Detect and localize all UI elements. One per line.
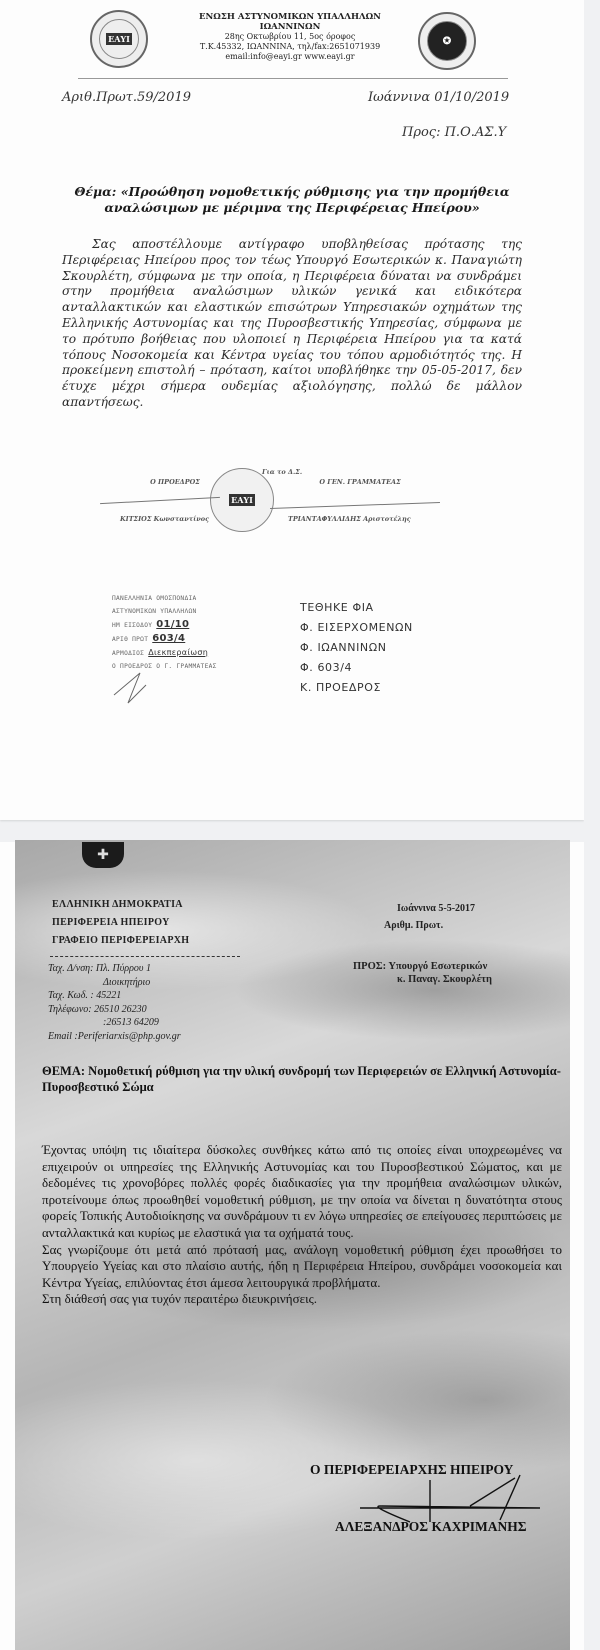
receipt-stamp: ΠΑΝΕΛΛΗΝΙΑ ΟΜΟΣΠΟΝΔΙΑ ΑΣΤΥΝΟΜΙΚΩΝ ΥΠΑΛΛΗ… <box>112 592 272 673</box>
president-title: Ο ΠΡΟΕΔΡΟΣ <box>135 478 215 486</box>
header-divider <box>78 78 508 79</box>
handwritten-notes: ΤΕΘΗΚΕ ΦΙΑ Φ. ΕΙΣΕΡΧΟΜΕΝΩΝ Φ. ΙΩΑΝΝΙΝΩΝ … <box>300 598 413 698</box>
place-date-2: Ιωάννινα 5-5-2017 <box>397 903 475 914</box>
recipient: Προς: Π.Ο.ΑΣ.Υ <box>402 125 506 140</box>
president-signature <box>100 497 220 504</box>
stamp-responsible: Διεκπεραίωση <box>148 648 208 657</box>
entry-date: 01/10 <box>156 619 189 630</box>
place-date: Ιωάννινα 01/10/2019 <box>368 90 509 105</box>
issuer-contact: Ταχ. Δ/νση: Πλ. Πύρρου 1 Διοικητήριο Ταχ… <box>48 962 181 1043</box>
protocol-label-2: Αριθμ. Πρωτ. <box>384 920 443 931</box>
subject-2: ΘΕΜΑ: Νομοθετική ρύθμιση για την υλική σ… <box>42 1063 562 1095</box>
president-name: ΚΙΤΣΙΟΣ Κωνσταντίνος <box>120 515 209 523</box>
scrollbar-track[interactable] <box>584 0 600 1650</box>
initials-scribble-icon <box>110 665 150 707</box>
issuer-block: ΕΛΛΗΝΙΚΗ ΔΗΜΟΚΡΑΤΙΑ ΠΕΡΙΦΕΡΕΙΑ ΗΠΕΙΡΟΥ Γ… <box>52 896 189 950</box>
police-emblem-icon: ✪ <box>418 12 476 70</box>
greek-crest-icon: ✚ <box>82 842 124 868</box>
org-address: 28ης Οκτωβρίου 11, 5ος όροφος <box>170 32 410 42</box>
protocol-number: Αριθ.Πρωτ.59/2019 <box>62 90 191 105</box>
letter-page-1: ΕΑΥΙ ΕΝΩΣΗ ΑΣΤΥΝΟΜΙΚΩΝ ΥΠΑΛΛΗΛΩΝ ΙΩΑΝΝΙΝ… <box>0 0 584 820</box>
letter-body: Σας αποστέλλουμε αντίγραφο υποβληθείσας … <box>62 237 522 411</box>
stamp-protocol: 603/4 <box>152 633 185 644</box>
letter-body-2: Έχοντας υπόψη τις ιδιαίτερα δύσκολες συν… <box>42 1142 562 1308</box>
signatory-name: ΑΛΕΞΑΝΔΡΟΣ ΚΑΧΡΙΜΑΝΗΣ <box>335 1519 527 1535</box>
subject: Θέμα: «Προώθηση νομοθετικής ρύθμισης για… <box>62 184 522 216</box>
signature-icon <box>350 1470 550 1525</box>
org-contact: email:info@eayi.gr www.eayi.gr <box>170 52 410 62</box>
secretary-name: ΤΡΙΑΝΤΑΦΥΛΛΙΔΗΣ Αριστοτέλης <box>288 515 411 523</box>
org-name: ΕΝΩΣΗ ΑΣΤΥΝΟΜΙΚΩΝ ΥΠΑΛΛΗΛΩΝ ΙΩΑΝΝΙΝΩΝ <box>170 12 410 32</box>
secretary-signature <box>270 502 440 509</box>
union-logo-icon: ΕΑΥΙ <box>90 10 148 68</box>
secretary-title: Ο ΓΕΝ. ΓΡΑΜΜΑΤΕΑΣ <box>300 478 420 486</box>
issuer-divider <box>50 956 240 957</box>
letterhead: ΕΝΩΣΗ ΑΣΤΥΝΟΜΙΚΩΝ ΥΠΑΛΛΗΛΩΝ ΙΩΑΝΝΙΝΩΝ 28… <box>170 12 410 62</box>
union-seal-icon: ΕΑΥΙ <box>210 468 274 532</box>
org-city-phone: Τ.Κ.45332, ΙΩΑΝΝΙΝΑ, τηλ/fax:2651071939 <box>170 42 410 52</box>
recipient-2: ΠΡΟΣ: Υπουργό Εσωτερικών κ. Παναγ. Σκουρ… <box>353 960 492 986</box>
for-board-label: Για το Δ.Σ. <box>262 468 302 476</box>
